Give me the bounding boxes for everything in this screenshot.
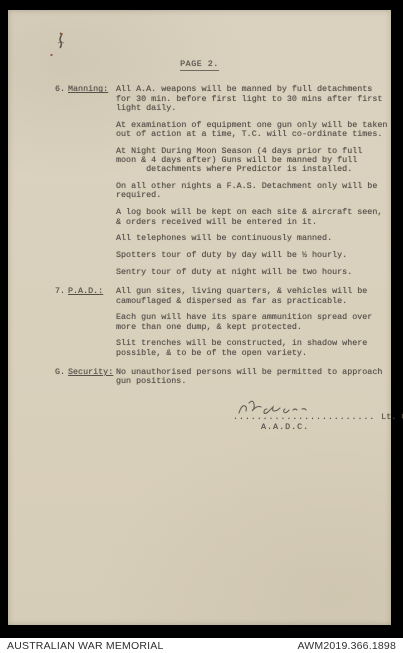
section-number: 6. xyxy=(55,85,68,94)
section-label: P.A.D.: xyxy=(68,287,116,296)
paragraph: At Night During Moon Season (4 days prio… xyxy=(116,147,389,175)
paragraph: Slit trenches will be constructed, in sh… xyxy=(116,339,389,358)
accession-number: AWM2019.366.1898 xyxy=(297,640,396,652)
section-label: Manning: xyxy=(68,85,116,94)
paragraph: Each gun will have its spare ammunition … xyxy=(116,313,389,332)
document-page: PAGE 2. 6. Manning: All A.A. weapons wil… xyxy=(8,10,391,625)
paragraph: At examination of equipment one gun only… xyxy=(116,121,389,140)
section-security: G. Security: No unauthorised persons wil… xyxy=(8,368,391,387)
section-manning: 6. Manning: All A.A. weapons will be man… xyxy=(8,85,391,277)
scan-viewport: { "document": { "title": "PAGE 2.", "ite… xyxy=(0,0,403,653)
paragraph: On all other nights a F.A.S. Detachment … xyxy=(116,182,389,201)
signatory-appointment: A.A.D.C. xyxy=(261,423,383,432)
paragraph: No unauthorised persons will be permitte… xyxy=(116,368,389,387)
section-paragraphs: All gun sites, living quarters, & vehicl… xyxy=(116,287,391,358)
page-title: PAGE 2. xyxy=(180,60,219,71)
paragraph: A log book will be kept on each site & a… xyxy=(116,208,389,227)
section-paragraphs: No unauthorised persons will be permitte… xyxy=(116,368,391,387)
paragraph: All telephones will be continuously mann… xyxy=(116,234,389,243)
ink-smudge-mark xyxy=(50,31,66,57)
handwritten-signature xyxy=(235,398,340,418)
section-paragraphs: All A.A. weapons will be manned by full … xyxy=(116,85,391,277)
awm-footer-bar: AUSTRALIAN WAR MEMORIAL AWM2019.366.1898 xyxy=(0,638,403,653)
paragraph: All gun sites, living quarters, & vehicl… xyxy=(116,287,389,306)
section-label: Security: xyxy=(68,368,116,377)
signatory-rank: Lt. Col. xyxy=(381,412,403,422)
signature-block: ........................Lt. Col. A.A.D.C… xyxy=(233,413,383,433)
paragraph: All A.A. weapons will be manned by full … xyxy=(116,85,389,113)
section-number: G. xyxy=(55,368,68,377)
page-title-row: PAGE 2. xyxy=(8,60,391,71)
section-pad: 7. P.A.D.: All gun sites, living quarter… xyxy=(8,287,391,358)
paragraph: Sentry tour of duty at night will be two… xyxy=(116,268,389,277)
institution-label: AUSTRALIAN WAR MEMORIAL xyxy=(7,640,163,652)
section-number: 7. xyxy=(55,287,68,296)
paragraph: Spotters tour of duty by day will be ½ h… xyxy=(116,251,389,260)
